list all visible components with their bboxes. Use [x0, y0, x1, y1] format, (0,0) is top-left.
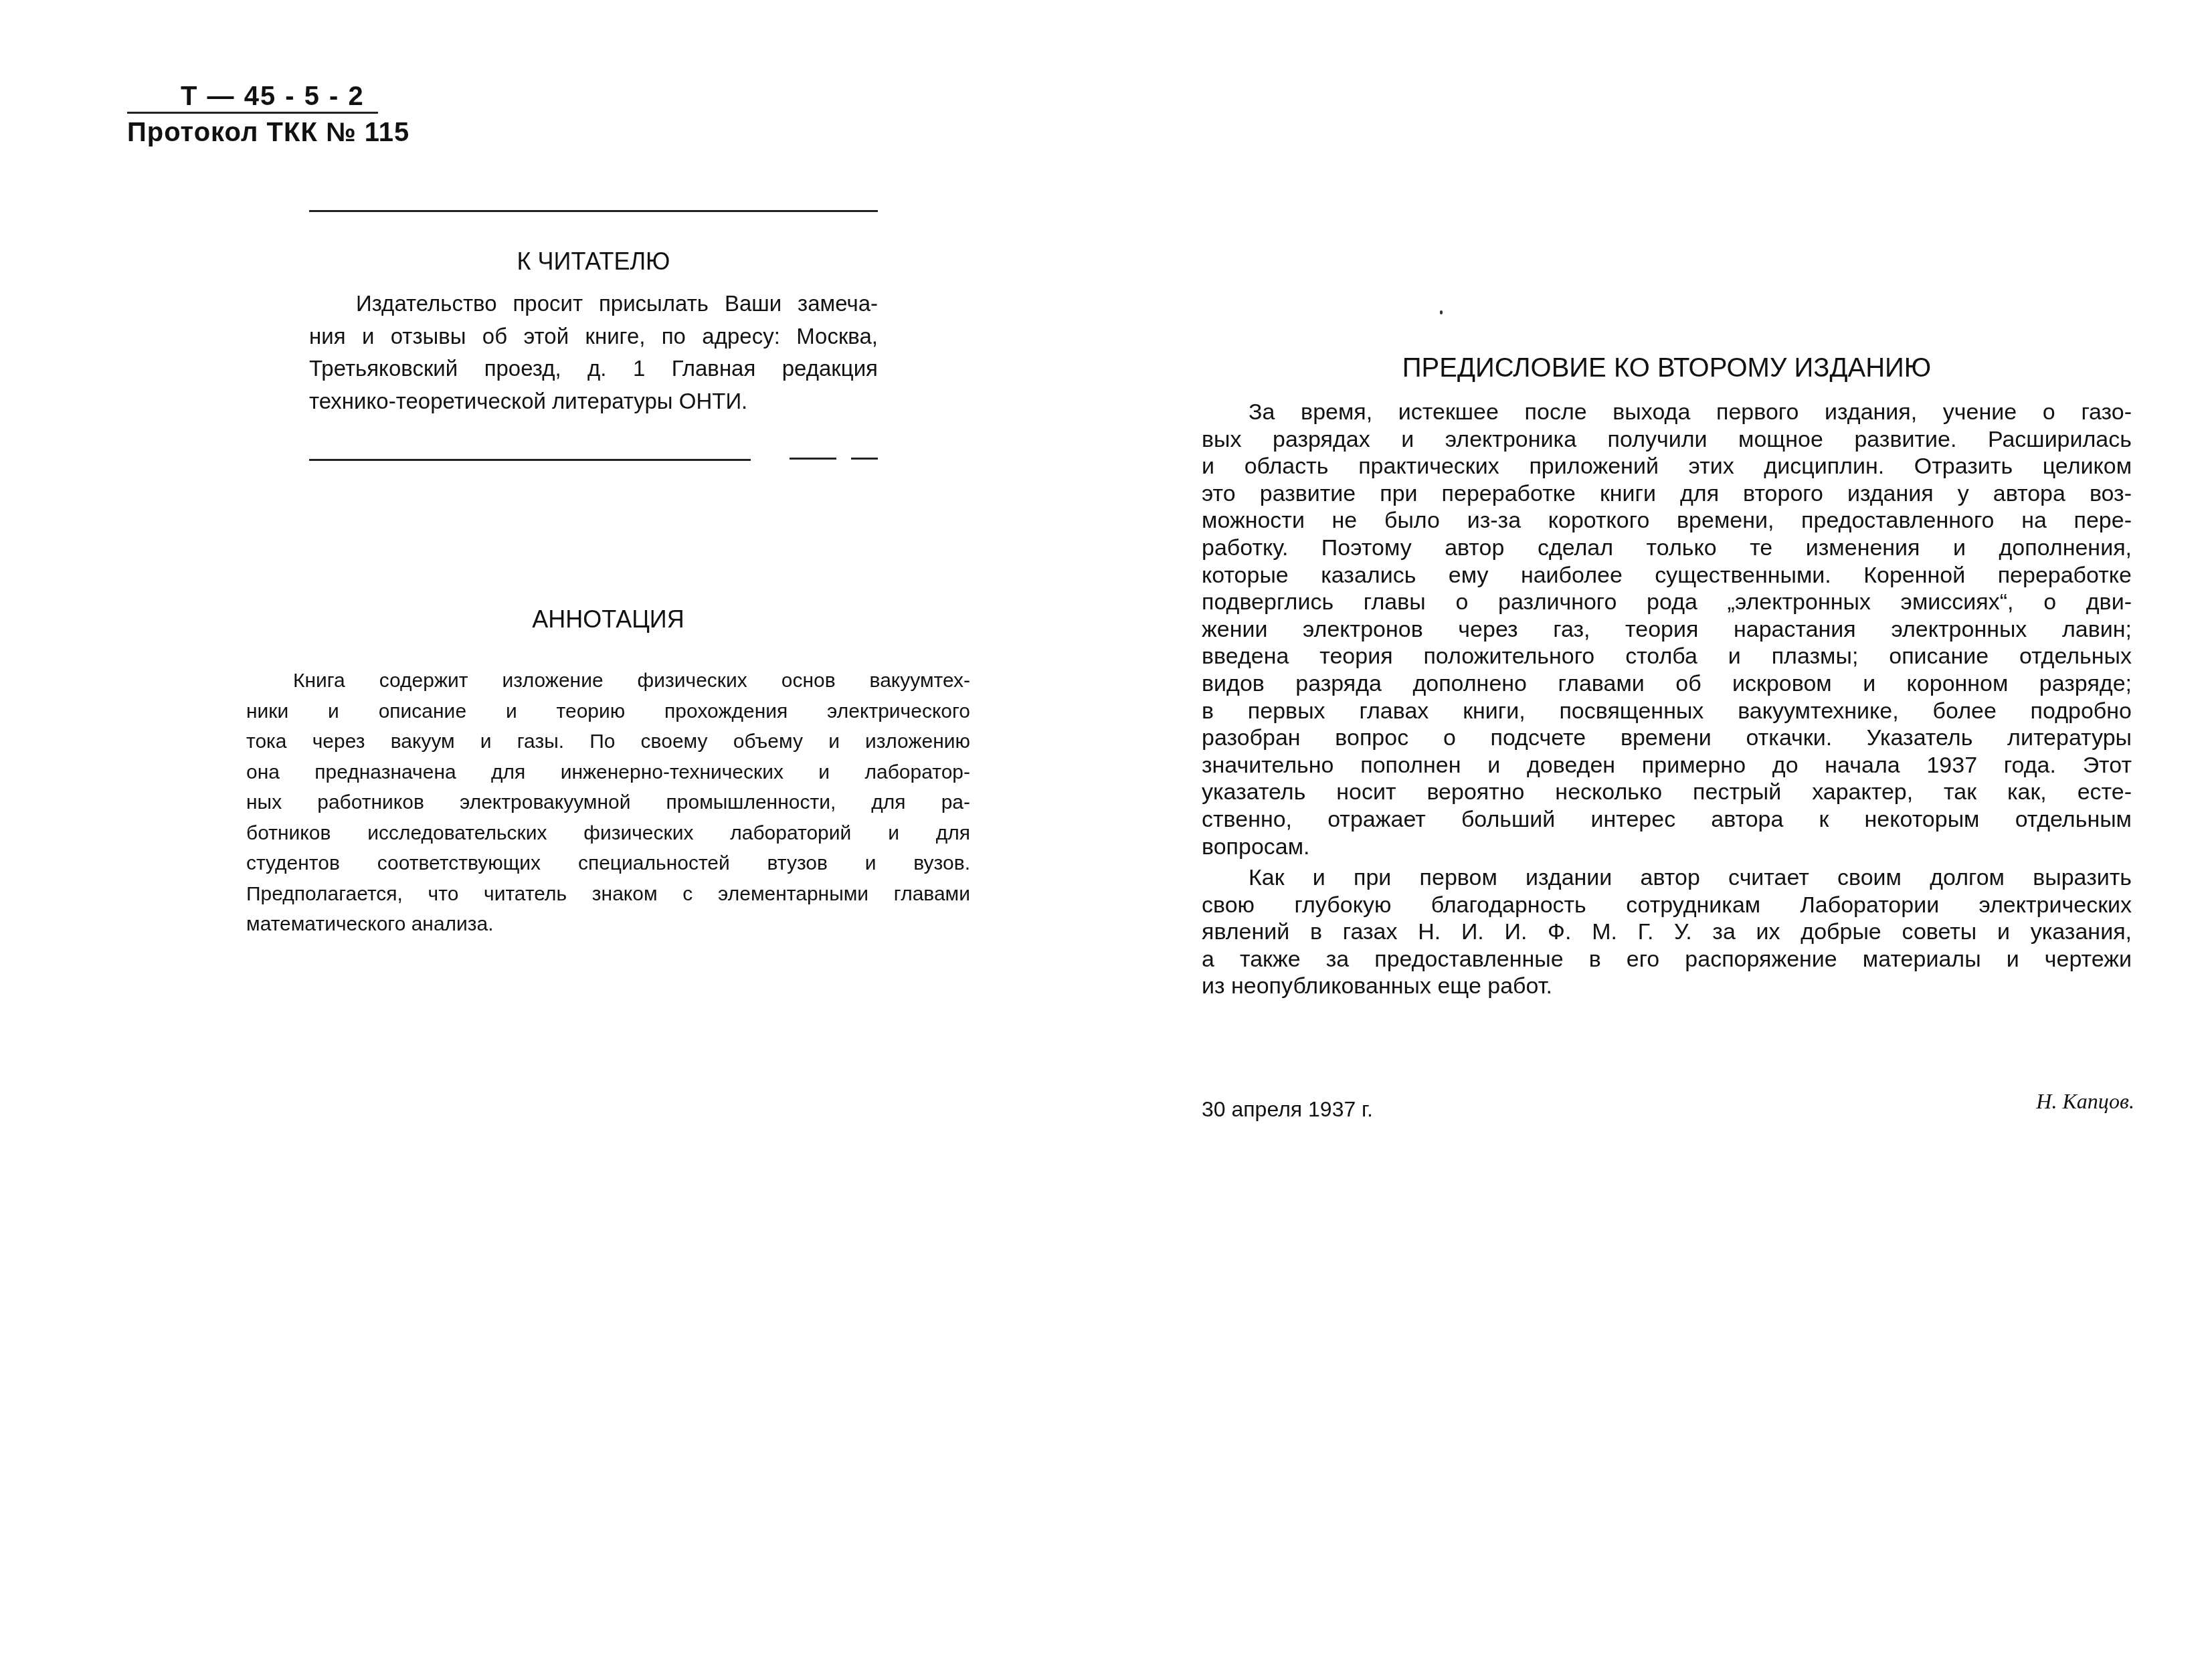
- text-line: и область практических приложений этих д…: [1202, 453, 2132, 480]
- publication-code: Т — 45 - 5 - 2: [181, 82, 365, 112]
- text-line: из неопубликованных еще работ.: [1202, 973, 2132, 1000]
- text-line: значительно пополнен и доведен примерно …: [1202, 752, 2132, 779]
- text-line: явлений в газах Н. И. И. Ф. М. Г. У. за …: [1202, 918, 2132, 946]
- to-reader-text: Издательство просит присылать Ваши замеч…: [309, 288, 878, 417]
- preface-date: 30 апреля 1937 г.: [1202, 1097, 1373, 1122]
- text-line: ния и отзывы об этой книге, по адресу: М…: [309, 320, 878, 353]
- text-line: вых разрядах и электроника получили мощн…: [1202, 426, 2132, 454]
- to-reader-bottom-rule: [309, 459, 751, 461]
- protocol-number: Протокол ТКК № 115: [127, 118, 409, 148]
- preface-text: За время, истекшее после выхода первого …: [1202, 399, 2132, 1000]
- text-line: это развитие при переработке книги для в…: [1202, 480, 2132, 508]
- to-reader-bottom-rule-segment: [790, 458, 836, 460]
- text-line: а также за предоставленные в его распоря…: [1202, 946, 2132, 973]
- text-line: видов разряда дополнено главами об искро…: [1202, 670, 2132, 698]
- annotation-text: Книга содержит изложение физических осно…: [246, 666, 970, 940]
- text-line: технико-теоретической литературы ОНТИ.: [309, 385, 878, 418]
- text-line: Как и при первом издании автор считает с…: [1202, 864, 2132, 892]
- to-reader-bottom-rule-segment: [851, 458, 878, 460]
- text-line: в первых главах книги, посвященных вакуу…: [1202, 698, 2132, 725]
- header-rule: [127, 112, 378, 114]
- text-line: которые казались ему наиболее существенн…: [1202, 562, 2132, 589]
- text-line: Книга содержит изложение физических осно…: [246, 666, 970, 696]
- annotation-title: АННОТАЦИЯ: [246, 605, 970, 633]
- text-line: тока через вакуум и газы. По своему объе…: [246, 726, 970, 757]
- text-line: указатель носит вероятно несколько пестр…: [1202, 779, 2132, 806]
- text-line: работку. Поэтому автор сделал только те …: [1202, 534, 2132, 562]
- author-signature: Н. Капцов.: [1940, 1089, 2134, 1114]
- text-line: ных работников электровакуумной промышле…: [246, 787, 970, 818]
- preface-title: ПРЕДИСЛОВИЕ КО ВТОРОМУ ИЗДАНИЮ: [1202, 353, 2132, 383]
- text-line: она предназначена для инженерно-техничес…: [246, 757, 970, 788]
- text-line: За время, истекшее после выхода первого …: [1202, 399, 2132, 426]
- text-line: можности не было из-за короткого времени…: [1202, 507, 2132, 534]
- print-speck: [1440, 310, 1443, 314]
- text-line: введена теория положительного столба и п…: [1202, 643, 2132, 670]
- text-line: математического анализа.: [246, 909, 970, 940]
- text-line: студентов соответствующих специальностей…: [246, 848, 970, 879]
- text-line: Третьяковский проезд, д. 1 Главная редак…: [309, 353, 878, 385]
- text-line: свою глубокую благодарность сотрудникам …: [1202, 892, 2132, 919]
- text-line: жении электронов через газ, теория нарас…: [1202, 616, 2132, 644]
- text-line: Издательство просит присылать Ваши замеч…: [309, 288, 878, 320]
- to-reader-top-rule: [309, 210, 878, 212]
- text-line: ники и описание и теорию прохождения эле…: [246, 696, 970, 727]
- text-line: разобран вопрос о подсчете времени откач…: [1202, 724, 2132, 752]
- text-line: ботников исследовательских физических ла…: [246, 818, 970, 849]
- text-line: ственно, отражает больший интерес автора…: [1202, 806, 2132, 834]
- text-line: Предполагается, что читатель знаком с эл…: [246, 879, 970, 910]
- to-reader-title: К ЧИТАТЕЛЮ: [309, 248, 878, 276]
- text-line: вопросам.: [1202, 834, 2132, 861]
- text-line: подверглись главы о различного рода „эле…: [1202, 589, 2132, 616]
